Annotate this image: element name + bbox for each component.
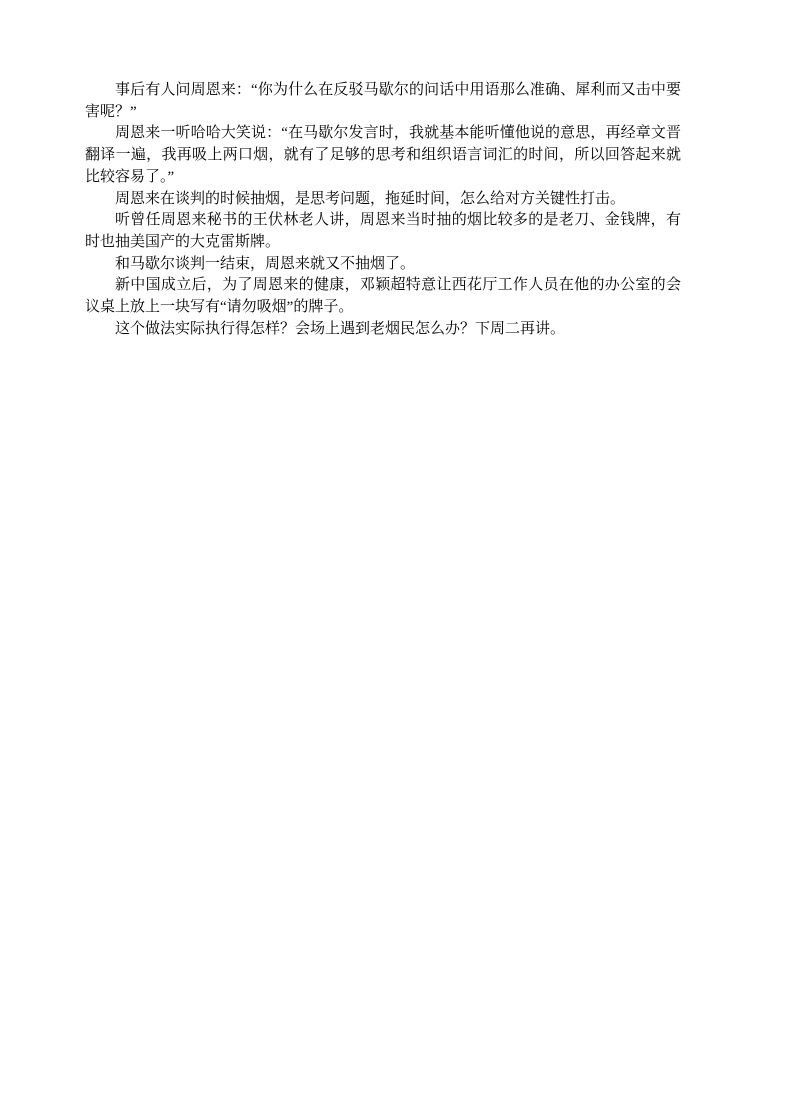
document-page: 事后有人问周恩来：“你为什么在反驳马歇尔的问话中用语那么准确、犀利而又击中要害呢… bbox=[0, 0, 800, 1100]
paragraph: 周恩来在谈判的时候抽烟，是思考问题，拖延时间，怎么给对方关键性打击。 bbox=[85, 189, 681, 211]
paragraph: 听曾任周恩来秘书的王伏林老人讲，周恩来当时抽的烟比较多的是老刀、金钱牌，有时也抽… bbox=[85, 210, 681, 253]
paragraph: 和马歇尔谈判一结束，周恩来就又不抽烟了。 bbox=[85, 254, 681, 276]
paragraph: 事后有人问周恩来：“你为什么在反驳马歇尔的问话中用语那么准确、犀利而又击中要害呢… bbox=[85, 80, 681, 123]
document-text-body: 事后有人问周恩来：“你为什么在反驳马歇尔的问话中用语那么准确、犀利而又击中要害呢… bbox=[85, 80, 681, 340]
paragraph: 新中国成立后，为了周恩来的健康，邓颖超特意让西花厅工作人员在他的办公室的会议桌上… bbox=[85, 275, 681, 318]
paragraph: 这个做法实际执行得怎样？会场上遇到老烟民怎么办？下周二再讲。 bbox=[85, 319, 681, 341]
paragraph: 周恩来一听哈哈大笑说：“在马歇尔发言时，我就基本能听懂他说的意思，再经章文晋翻译… bbox=[85, 123, 681, 188]
